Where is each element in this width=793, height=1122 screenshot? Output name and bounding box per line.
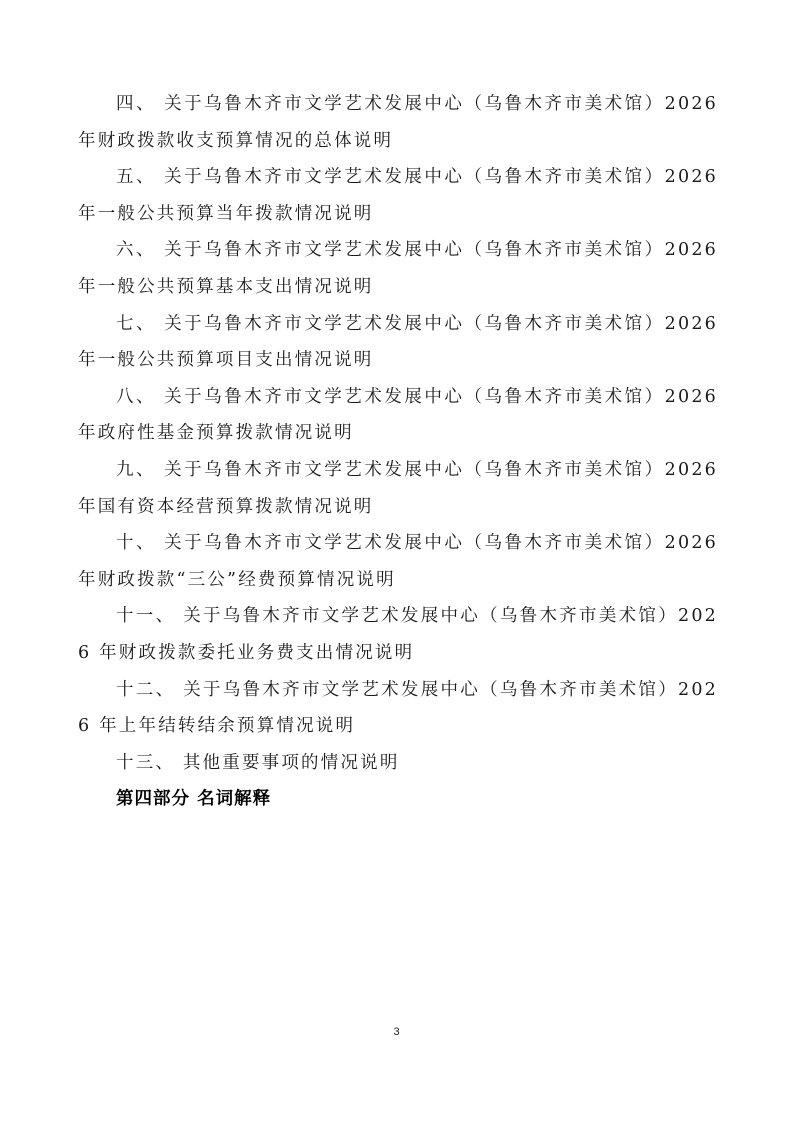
toc-item-13: 十三、 其他重要事项的情况说明 — [78, 745, 718, 782]
toc-item-8: 八、 关于乌鲁木齐市文学艺术发展中心（乌鲁木齐市美术馆）2026 年政府性基金预… — [78, 379, 718, 452]
section-heading: 第四部分 名词解释 — [78, 781, 718, 818]
toc-item-10: 十、 关于乌鲁木齐市文学艺术发展中心（乌鲁木齐市美术馆）2026 年财政拨款“三… — [78, 525, 718, 598]
toc-item-6: 六、 关于乌鲁木齐市文学艺术发展中心（乌鲁木齐市美术馆）2026 年一般公共预算… — [78, 232, 718, 305]
toc-item-9: 九、 关于乌鲁木齐市文学艺术发展中心（乌鲁木齐市美术馆）2026 年国有资本经营… — [78, 452, 718, 525]
toc-item-7: 七、 关于乌鲁木齐市文学艺术发展中心（乌鲁木齐市美术馆）2026 年一般公共预算… — [78, 306, 718, 379]
toc-item-5: 五、 关于乌鲁木齐市文学艺术发展中心（乌鲁木齐市美术馆）2026 年一般公共预算… — [78, 159, 718, 232]
toc-item-11: 十一、 关于乌鲁木齐市文学艺术发展中心（乌鲁木齐市美术馆）2026 年财政拨款委… — [78, 598, 718, 671]
toc-item-4: 四、 关于乌鲁木齐市文学艺术发展中心（乌鲁木齐市美术馆）2026 年财政拨款收支… — [78, 86, 718, 159]
toc-item-12: 十二、 关于乌鲁木齐市文学艺术发展中心（乌鲁木齐市美术馆）2026 年上年结转结… — [78, 672, 718, 745]
document-page: 四、 关于乌鲁木齐市文学艺术发展中心（乌鲁木齐市美术馆）2026 年财政拨款收支… — [78, 86, 718, 818]
page-number: 3 — [0, 1026, 793, 1038]
